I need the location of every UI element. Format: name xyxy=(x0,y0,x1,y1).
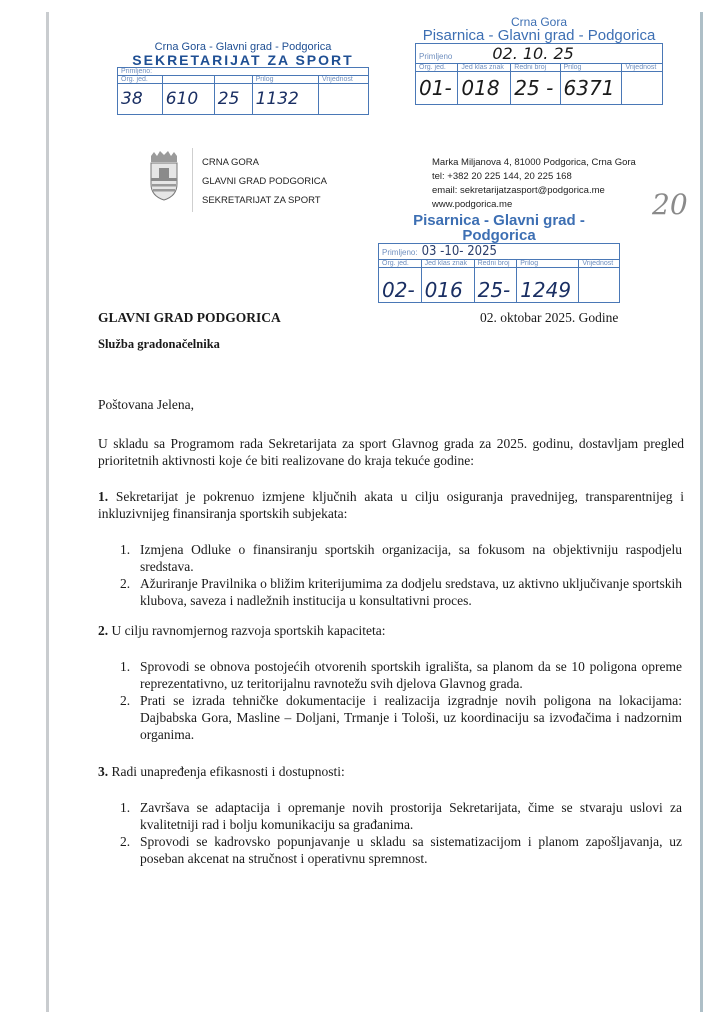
stamp-header: Prilog xyxy=(252,76,318,84)
stamp-header: Prilog xyxy=(560,64,622,72)
stamp-header: Org. jed. xyxy=(379,260,422,268)
section-text: Sekretarijat je pokrenuo izmjene ključni… xyxy=(98,489,684,521)
stamp-line2: SEKRETARIJAT ZA SPORT xyxy=(117,53,369,67)
section-1-heading: 1. Sekretarijat je pokrenuo izmjene klju… xyxy=(98,488,684,522)
salutation: Poštovana Jelena, xyxy=(98,397,194,413)
sekretarijat-receipt-stamp: Crna Gora - Glavni grad - Podgorica SEKR… xyxy=(117,42,369,115)
stamp-value: 610 xyxy=(162,84,214,115)
item-text: Sprovodi se kadrovsko popunjavanje u skl… xyxy=(140,834,682,866)
stamp-table: Primljeno:03 -10- 2025 Org. jed. Jed kla… xyxy=(378,243,620,303)
section-3-list: 1.Završava se adaptacija i opremanje nov… xyxy=(120,799,682,867)
stamp-header: Redni broj xyxy=(474,260,517,268)
section-text: Radi unapređenja efikasnosti i dostupnos… xyxy=(112,764,345,779)
handwritten-page-number: 20 xyxy=(652,188,688,221)
stamp-header: Jed klas znak xyxy=(421,260,474,268)
stamp-header: Vrijednost xyxy=(318,76,368,84)
stamp-header: Org. jed. xyxy=(416,64,458,72)
stamp-value: 6371 xyxy=(560,72,622,105)
section-number: 1. xyxy=(98,489,108,504)
received-label: Primljeno: xyxy=(118,68,369,76)
item-text: Ažuriranje Pravilnika o bližim kriteriju… xyxy=(140,576,682,608)
stamp-value: 1249 xyxy=(517,268,579,303)
stamp-value xyxy=(622,72,663,105)
recipient-office: Služba gradonačelnika xyxy=(98,337,220,352)
item-text: Prati se izrada tehničke dokumentacije i… xyxy=(140,693,682,742)
stamp-table: Primljeno02. 10. 25 Org. jed. Jed klas z… xyxy=(415,43,663,105)
list-item: 2.Ažuriranje Pravilnika o bližim kriteri… xyxy=(120,575,682,609)
letterhead-text: CRNA GORA GLAVNI GRAD PODGORICA SEKRETAR… xyxy=(202,153,327,210)
item-text: Izmjena Odluke o finansiranju sportskih … xyxy=(140,542,682,574)
received-label: Primljeno xyxy=(419,52,452,61)
item-number: 2. xyxy=(120,575,130,592)
stamp-table: Primljeno: Org. jed. Prilog Vrijednost 3… xyxy=(117,67,369,115)
stamp-value: 25- xyxy=(474,268,517,303)
item-text: Završava se adaptacija i opremanje novih… xyxy=(140,800,682,832)
pisarnica-receipt-stamp-2: Pisarnica - Glavni grad - Podgorica Prim… xyxy=(378,213,620,303)
section-3-heading: 3. Radi unapređenja efikasnosti i dostup… xyxy=(98,763,684,780)
item-number: 2. xyxy=(120,833,130,850)
section-text: U cilju ravnomjernog razvoja sportskih k… xyxy=(112,623,386,638)
stamp-header: Redni broj xyxy=(511,64,560,72)
stamp-value xyxy=(318,84,368,115)
list-item: 1.Završava se adaptacija i opremanje nov… xyxy=(120,799,682,833)
podgorica-coat-of-arms-icon xyxy=(148,150,180,202)
stamp-value: 016 xyxy=(421,268,474,303)
stamp-header: Vrijednost xyxy=(579,260,620,268)
stamp-header xyxy=(162,76,214,84)
stamp-value: 01- xyxy=(416,72,458,105)
list-item: 1.Sprovodi se obnova postojećih otvoreni… xyxy=(120,658,682,692)
item-number: 1. xyxy=(120,541,130,558)
pisarnica-receipt-stamp-1: Crna Gora Pisarnica - Glavni grad - Podg… xyxy=(415,16,663,105)
item-number: 1. xyxy=(120,658,130,675)
stamp-line2: Pisarnica - Glavni grad - Podgorica xyxy=(415,28,663,43)
received-date: 02. 10. 25 xyxy=(492,44,573,63)
stamp-value: 1132 xyxy=(252,84,318,115)
page-edge-right xyxy=(700,12,703,1012)
list-item: 2.Prati se izrada tehničke dokumentacije… xyxy=(120,692,682,743)
email: email: sekretarijatzasport@podgorica.me xyxy=(432,184,636,198)
item-number: 2. xyxy=(120,692,130,709)
section-2-list: 1.Sprovodi se obnova postojećih otvoreni… xyxy=(120,658,682,743)
stamp-header: Org. jed. xyxy=(118,76,163,84)
letterhead-divider xyxy=(192,148,193,212)
stamp-header: Prilog xyxy=(517,260,579,268)
stamp-value: 38 xyxy=(118,84,163,115)
stamp-line2: Pisarnica - Glavni grad - Podgorica xyxy=(378,213,620,243)
stamp-value: 25 - xyxy=(511,72,560,105)
contact-block: Marka Miljanova 4, 81000 Podgorica, Crna… xyxy=(432,156,636,212)
stamp-value: 018 xyxy=(458,72,511,105)
received-label: Primljeno: xyxy=(382,248,418,257)
address: Marka Miljanova 4, 81000 Podgorica, Crna… xyxy=(432,156,636,170)
letterhead-line: GLAVNI GRAD PODGORICA xyxy=(202,172,327,191)
stamp-value: 02- xyxy=(379,268,422,303)
letterhead-line: CRNA GORA xyxy=(202,153,327,172)
recipient-organization: GLAVNI GRAD PODGORICA xyxy=(98,310,281,326)
page-edge-left xyxy=(46,12,49,1012)
received-date: 03 -10- 2025 xyxy=(422,244,497,259)
stamp-header: Jed klas znak xyxy=(458,64,511,72)
stamp-value xyxy=(579,268,620,303)
list-item: 1.Izmjena Odluke o finansiranju sportski… xyxy=(120,541,682,575)
letter-date: 02. oktobar 2025. Godine xyxy=(480,310,618,326)
section-2-heading: 2. U cilju ravnomjernog razvoja sportski… xyxy=(98,622,684,639)
section-number: 2. xyxy=(98,623,108,638)
website: www.podgorica.me xyxy=(432,198,636,212)
letterhead-line: SEKRETARIJAT ZA SPORT xyxy=(202,191,327,210)
item-text: Sprovodi se obnova postojećih otvorenih … xyxy=(140,659,682,691)
section-1-list: 1.Izmjena Odluke o finansiranju sportski… xyxy=(120,541,682,609)
stamp-value: 25 xyxy=(214,84,252,115)
list-item: 2.Sprovodi se kadrovsko popunjavanje u s… xyxy=(120,833,682,867)
stamp-header xyxy=(214,76,252,84)
item-number: 1. xyxy=(120,799,130,816)
stamp-header: Vrijednost xyxy=(622,64,663,72)
phone: tel: +382 20 225 144, 20 225 168 xyxy=(432,170,636,184)
section-number: 3. xyxy=(98,764,108,779)
intro-paragraph: U skladu sa Programom rada Sekretarijata… xyxy=(98,435,684,469)
